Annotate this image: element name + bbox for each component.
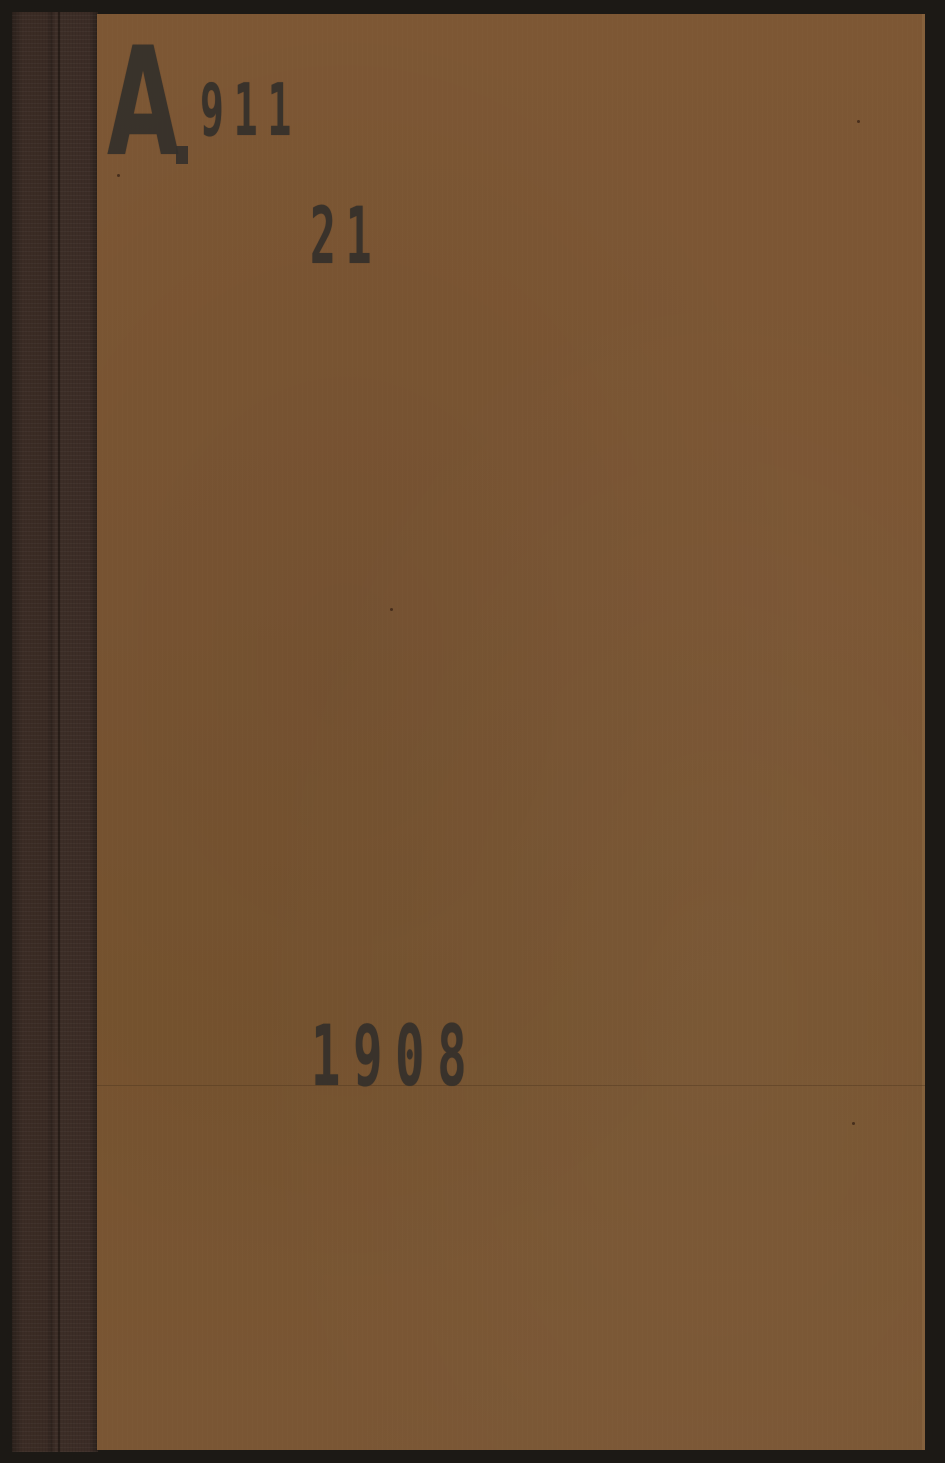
call-number-stamp: 911 xyxy=(200,74,301,146)
paper-speck xyxy=(117,174,120,177)
paper-speck xyxy=(390,608,393,611)
call-letter-dot-stamp xyxy=(176,146,188,164)
paper-speck xyxy=(852,1122,855,1125)
call-letter-stamp: A xyxy=(107,28,179,178)
scanned-book-cover: A 911 21 1908 xyxy=(0,0,945,1463)
book-spine xyxy=(12,12,98,1452)
faint-fold-line xyxy=(97,1085,925,1086)
year-stamp: 1908 xyxy=(311,1014,479,1098)
cover-board: A 911 21 1908 xyxy=(97,14,925,1450)
spine-crease xyxy=(58,12,60,1452)
cover-right-edge xyxy=(922,14,925,1450)
paper-speck xyxy=(857,120,860,123)
volume-number-stamp: 21 xyxy=(310,198,381,276)
